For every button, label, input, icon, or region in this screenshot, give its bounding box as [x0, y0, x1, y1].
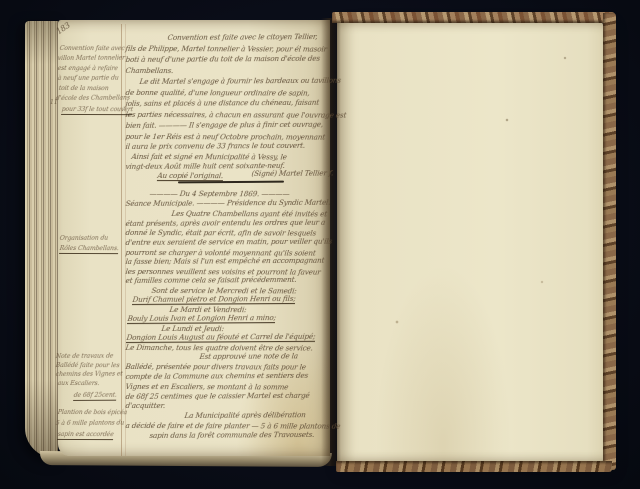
handwriting-line: boti à neuf d'une partie du toit de la m… [125, 55, 320, 63]
margin-note-line: Convention faite avec [59, 46, 125, 52]
margin-note-line: Plantion de bois épicéa [57, 410, 127, 416]
photographed-register-scan: 183 11 Convention est faite avec le cito… [0, 0, 640, 489]
handwriting-line: Ainsi fait et signé en Municipalité à Ve… [131, 153, 287, 161]
handwriting-line: pour le 1er Réis est à neuf Octobre proc… [125, 133, 325, 141]
handwriting-line: Est approuvé une note de la [199, 352, 298, 360]
right-blank-page [337, 22, 603, 462]
handwriting-line: (Signé) Martel Tellier f. [251, 170, 334, 178]
handwriting-line: de 68f 25 centimes que le caissier Marte… [125, 392, 310, 400]
handwriting-line: étant présents, après avoir entendu les … [125, 219, 325, 227]
margin-rule-line [121, 24, 122, 456]
handwriting-line: Le Mardi et Vendredi: [169, 306, 247, 313]
margin-note-line: d'école des Chambellans [55, 96, 130, 103]
margin-note-line: sapin est accordée [57, 432, 114, 440]
margin-note-line: Organisation du [59, 236, 108, 242]
handwriting-line: d'acquitter. [125, 402, 165, 409]
handwriting-line: donné le Syndic, était par écrit, afin d… [125, 229, 316, 237]
handwriting-line: Séance Municipale. ———— Présidence du Sy… [125, 199, 331, 207]
handwriting-line: Chambellans. [125, 67, 174, 74]
handwriting-line: Dongion Louis August au féouté et Carrel… [126, 333, 316, 343]
handwriting-line: Au copié l'original. [157, 172, 224, 181]
cover-marbled-edge-right [603, 13, 616, 470]
margin-note-line: chemins des Vignes et [55, 372, 123, 379]
handwriting-line: la fasse bien; Mais si l'un est empêché … [125, 257, 325, 265]
handwriting-line: La Municipalité après délibération [184, 411, 306, 419]
margin-note-line: villon Martel tonnelier [57, 56, 125, 63]
margin-note-line: Rôles Chambellans. [59, 246, 119, 254]
margin-note-line: toit de la maison [58, 86, 109, 92]
cover-marbled-edge-bottom [336, 461, 612, 472]
handwriting-line: compte de la Commune aux chemins et sent… [125, 372, 308, 380]
margin-note-line: 5 à 6 mille plantons du [55, 421, 124, 428]
handwriting-line: bien fait. ———— Il s'engage de plus à fi… [125, 121, 323, 129]
handwriting-line: d'entre eux seraient de service en matin… [125, 238, 332, 246]
handwriting-line: fils de Philippe, Martel tonnelier à Ves… [125, 45, 327, 53]
handwriting-line: a décidé de faire et de faire planter — … [125, 422, 341, 430]
margin-note-line: Ballédé faite pour les [55, 363, 119, 369]
handwriting-line: de bonne qualité, d'une longueur ordinai… [125, 89, 310, 97]
handwriting-line: sapin dans la forêt communale des Travou… [149, 431, 315, 439]
handwriting-line: Durif Chamuel pietro et Dongion Henri ou… [132, 295, 296, 305]
margin-note-line: Note de travaux de [55, 354, 113, 360]
handwriting-line: ———— Du 4 Septembre 1869. ———— [149, 190, 290, 198]
handwriting-line: Le dit Martel s'engage à fournir les bar… [139, 77, 341, 85]
margin-note-line: pour 33f le tout couvert [61, 107, 133, 115]
margin-note-line: aux Escaliers. [57, 381, 99, 387]
handwriting-line: Le Lundi et Jeudi: [161, 325, 224, 332]
handwriting-line: Les Quatre Chambellans ayant été invités… [171, 210, 327, 218]
handwriting-line: jolis, sains et placés à une distance du… [125, 99, 319, 107]
handwriting-line: Convention est faite avec le citoyen Tel… [167, 33, 318, 41]
cover-marbled-edge-top [332, 12, 615, 23]
margin-note-line: de 68f 25cent. [73, 393, 117, 401]
margin-note-line: est engagé à refaire [57, 66, 118, 72]
handwriting-line: Bouly Louis Ivan et Longion Henri a mino… [127, 314, 276, 324]
book-fore-edges [25, 21, 58, 458]
handwriting-line: Vignes et en Escaliers, se montant à la … [125, 383, 289, 391]
handwriting-line: il aura le prix convenu de 33 francs le … [125, 142, 305, 150]
handwriting-line: et familles comme cela se faisait précéd… [125, 276, 297, 284]
handwriting-line: Ballédé, présentée pour divers travaux f… [125, 363, 306, 371]
handwriting-line: les parties nécessaires, à chacun en ass… [125, 111, 347, 119]
margin-note-line: à neuf une partie du [57, 76, 119, 82]
